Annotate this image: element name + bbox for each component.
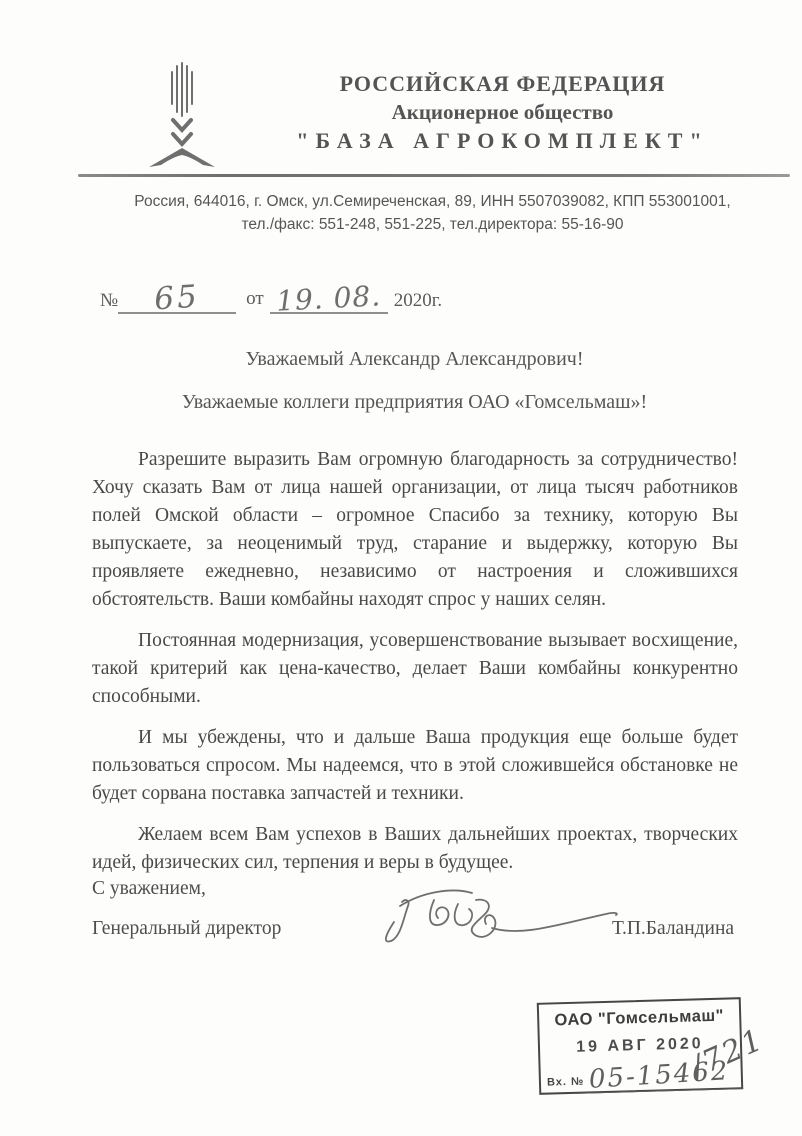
salutation-line-1: Уважаемый Александр Александрович! [92,348,737,371]
paragraph-2: Постоянная модернизация, усовершенствова… [92,627,738,711]
ref-date-value: 19. 08. [276,279,383,317]
letterhead-divider [78,174,790,177]
ref-year-suffix: 2020г. [394,290,442,314]
stamp-org-name: ОАО "Гомсельмаш" [539,1006,739,1031]
salutation-block: Уважаемый Александр Александрович! Уважа… [92,348,737,434]
address-line-1: Россия, 644016, г. Омск, ул.Семиреченска… [80,190,785,213]
letter-body: Разрешите выразить Вам огромную благодар… [92,446,738,890]
paragraph-4: Желаем всем Вам успехов в Ваших дальнейш… [92,821,738,877]
letterhead-org-type: Акционерное общество [230,98,775,126]
signature-icon [378,872,628,952]
paragraph-3: И мы убеждены, что и дальше Ваша продукц… [92,724,738,808]
letterhead: РОССИЙСКАЯ ФЕДЕРАЦИЯ Акционерное обществ… [230,70,775,156]
ref-number-label: № [100,290,118,314]
ref-number-blank: 65 [118,276,236,314]
ref-date-label: от [246,288,264,312]
paragraph-1: Разрешите выразить Вам огромную благодар… [92,446,738,614]
closing-regards: С уважением, [92,878,206,900]
ref-number-value: 65 [153,278,201,317]
signer-name: Т.П.Баландина [612,918,734,940]
letterhead-address: Россия, 644016, г. Омск, ул.Семиреченска… [80,190,785,236]
reference-line: № 65 от 19. 08. 2020г. [100,268,520,314]
letterhead-country: РОССИЙСКАЯ ФЕДЕРАЦИЯ [230,70,775,98]
ref-date-blank: 19. 08. [270,279,388,314]
wheat-ear-icon [148,62,216,174]
letterhead-org-name: "БАЗА АГРОКОМПЛЕКТ" [230,126,775,156]
signer-position: Генеральный директор [92,918,281,940]
address-line-2: тел./факс: 551-248, 551-225, тел.директо… [80,213,785,236]
salutation-line-2: Уважаемые коллеги предприятия ОАО «Гомсе… [92,391,737,414]
scanned-letter-page: РОССИЙСКАЯ ФЕДЕРАЦИЯ Акционерное обществ… [0,0,802,1136]
